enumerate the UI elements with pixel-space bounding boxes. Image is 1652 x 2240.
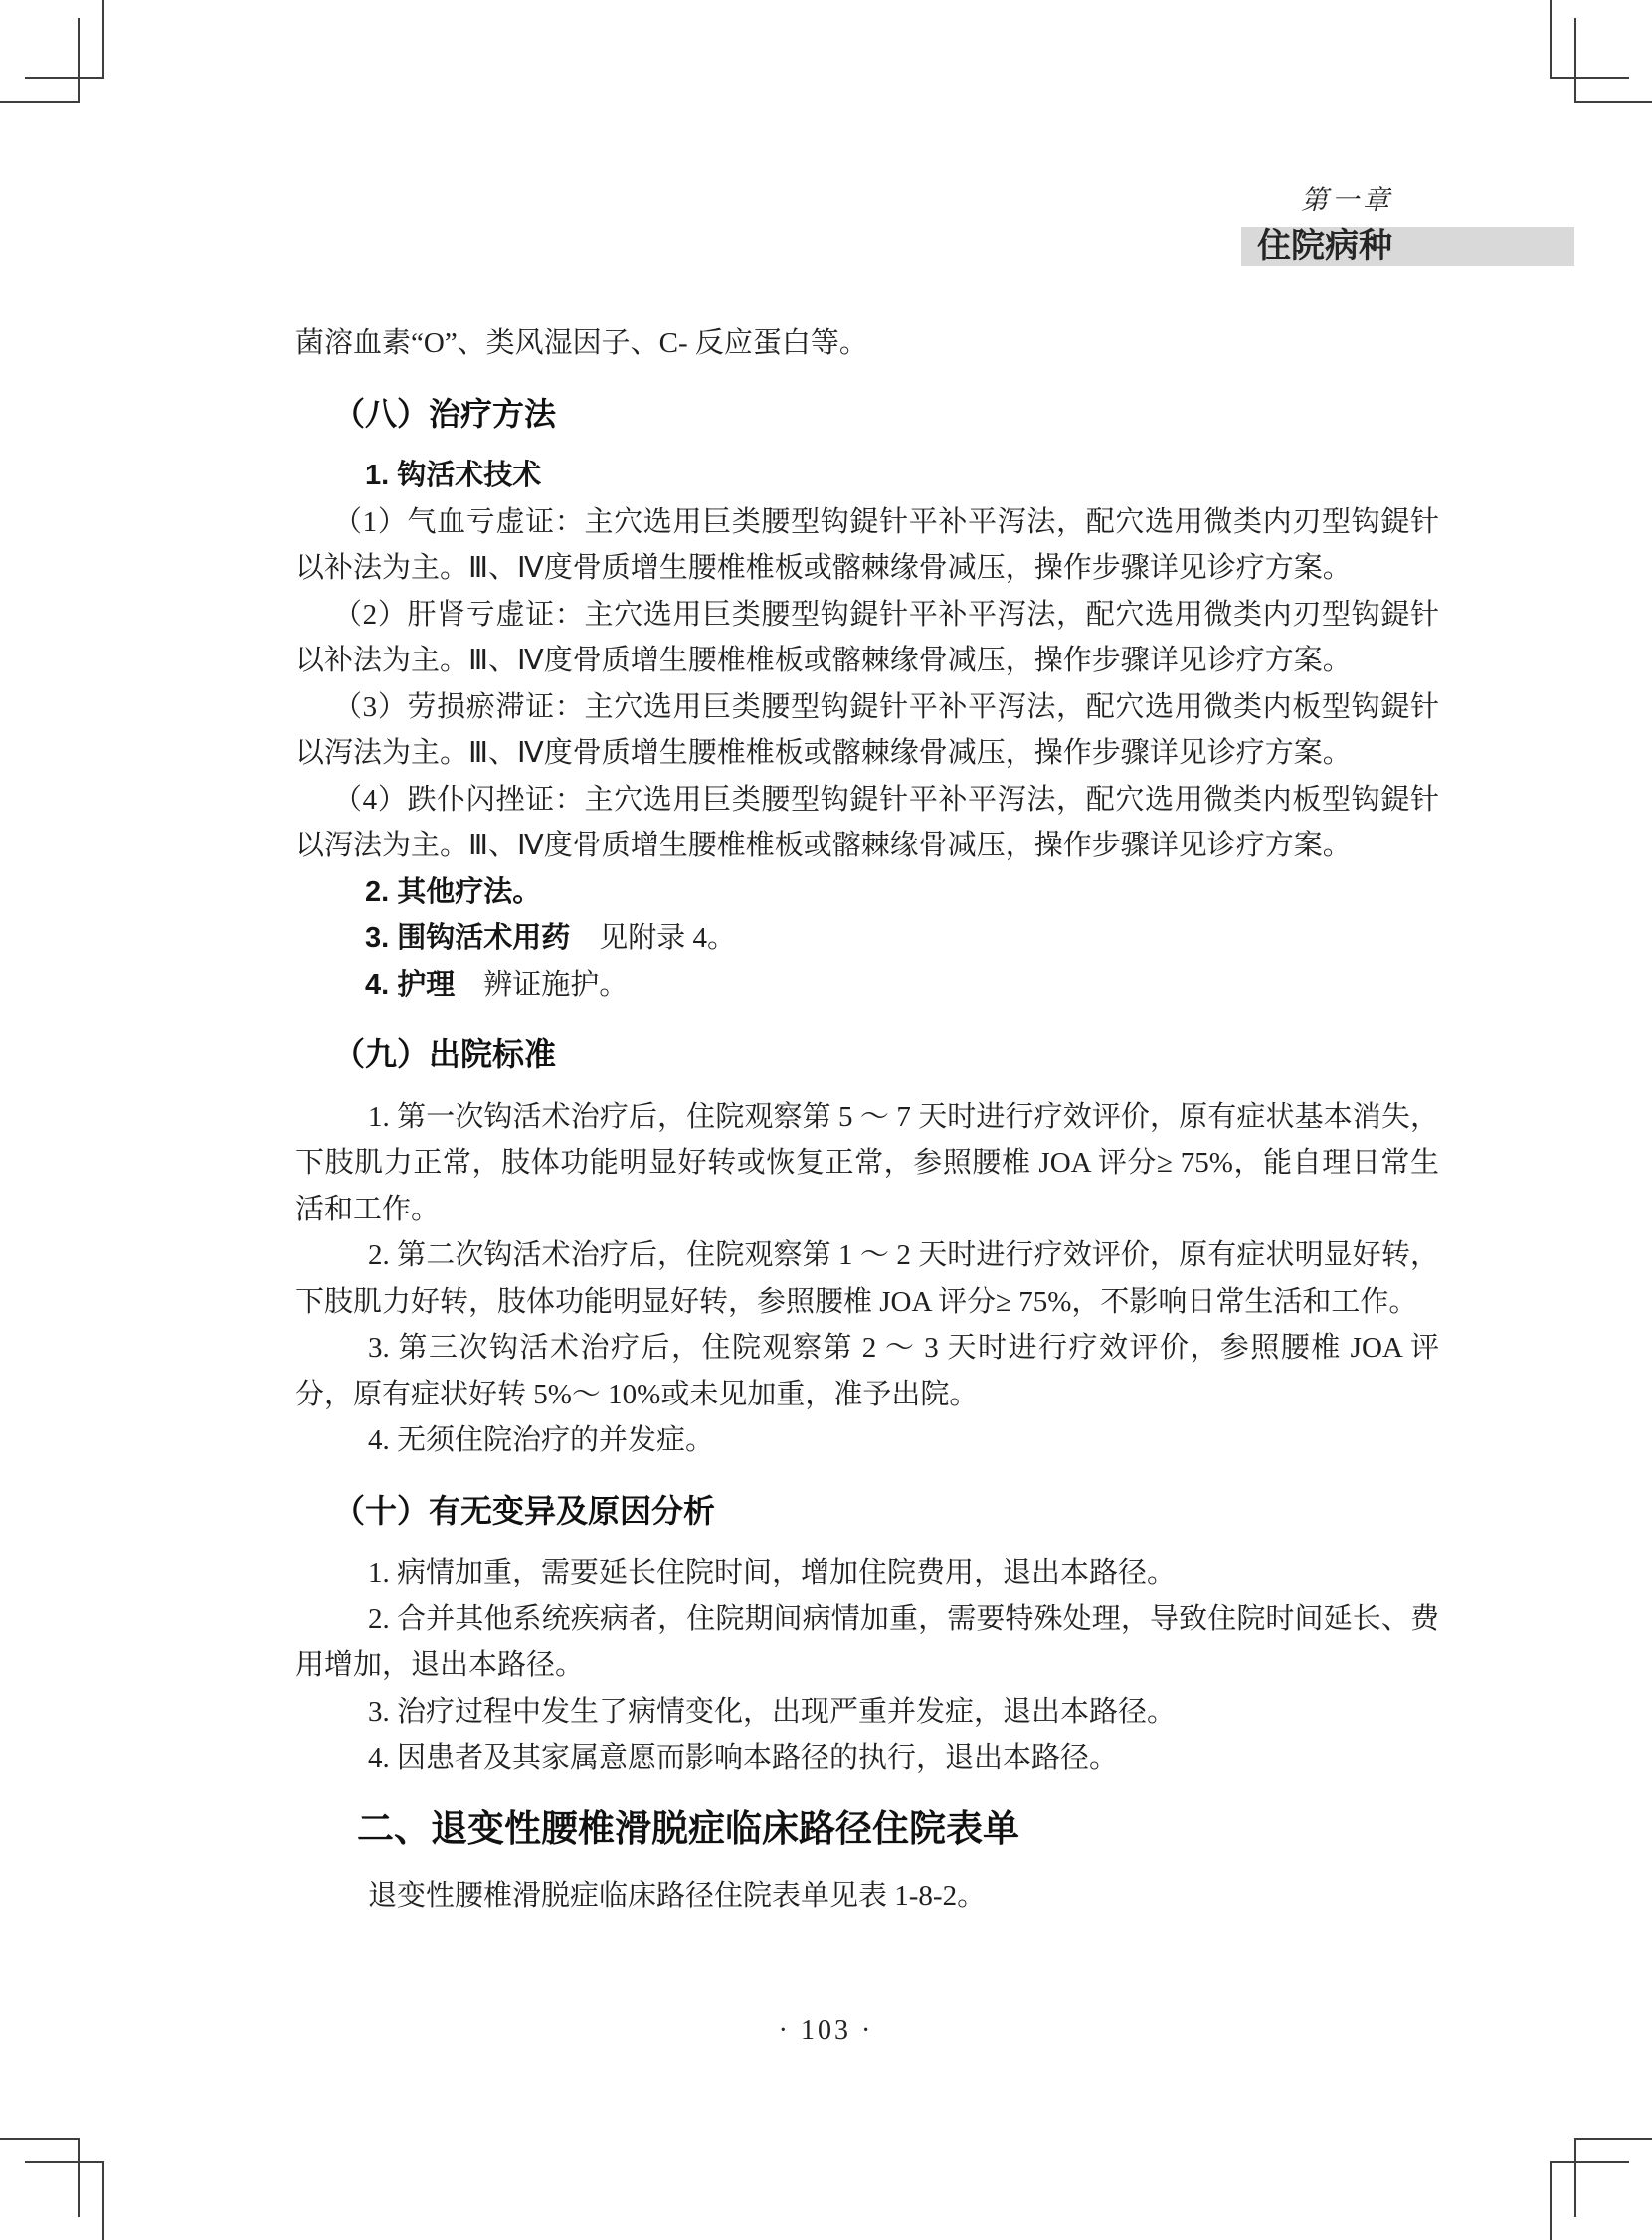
- crop-mark-top-left-inner: [0, 18, 80, 103]
- discharge-item: 4. 无须住院治疗的并发症。: [295, 1417, 1439, 1464]
- section-header-text: 住院病种: [1241, 227, 1392, 266]
- treatment-item-3-label: 3. 围钩活术用药: [365, 922, 570, 954]
- syndrome-paragraph: （3）劳损瘀滞证：主穴选用巨类腰型钩鍉针平补平泻法，配穴选用微类内板型钩鍉针以泻…: [295, 684, 1439, 777]
- variation-item: 4. 因患者及其家属意愿而影响本路径的执行，退出本路径。: [295, 1735, 1439, 1781]
- treatment-item-4: 4. 护理 辨证施护。: [295, 962, 1439, 1009]
- treatment-item-3-text: 见附录 4。: [570, 922, 736, 954]
- sec9-heading: （九）出院标准: [295, 1031, 1439, 1078]
- discharge-item: 2. 第二次钩活术治疗后，住院观察第 1 ～ 2 天时进行疗效评价，原有症状明显…: [295, 1232, 1439, 1325]
- variation-item: 1. 病情加重，需要延长住院时间，增加住院费用，退出本路径。: [295, 1550, 1439, 1596]
- variation-item: 3. 治疗过程中发生了病情变化，出现严重并发症，退出本路径。: [295, 1689, 1439, 1736]
- treatment-item-2: 2. 其他疗法。: [295, 869, 1439, 916]
- treatment-item-4-text: 辨证施护。: [455, 969, 628, 1001]
- variation-item: 2. 合并其他系统疾病者，住院期间病情加重，需要特殊处理，导致住院时间延长、费用…: [295, 1596, 1439, 1689]
- page-number: · 103 ·: [0, 2015, 1652, 2047]
- section-header-bar: 住院病种: [1241, 227, 1574, 266]
- discharge-item: 3. 第三次钩活术治疗后，住院观察第 2 ～ 3 天时进行疗效评价，参照腰椎 J…: [295, 1325, 1439, 1417]
- treatment-item-3: 3. 围钩活术用药 见附录 4。: [295, 915, 1439, 962]
- closing-paragraph: 退变性腰椎滑脱症临床路径住院表单见表 1-8-2。: [295, 1873, 1439, 1920]
- discharge-item: 1. 第一次钩活术治疗后，住院观察第 5 ～ 7 天时进行疗效评价，原有症状基本…: [295, 1094, 1439, 1233]
- sec8-heading: （八）治疗方法: [295, 391, 1439, 438]
- sec10-heading: （十）有无变异及原因分析: [295, 1488, 1439, 1535]
- syndrome-paragraph: （1）气血亏虚证：主穴选用巨类腰型钩鍉针平补平泻法，配穴选用微类内刃型钩鍉针以补…: [295, 499, 1439, 592]
- treatment-item-4-label: 4. 护理: [365, 969, 455, 1001]
- sec2-heading: 二、退变性腰椎滑脱症临床路径住院表单: [295, 1803, 1439, 1855]
- syndrome-paragraph: （4）跌仆闪挫证：主穴选用巨类腰型钩鍉针平补平泻法，配穴选用微类内板型钩鍉针以泻…: [295, 777, 1439, 869]
- chapter-label: 第一章: [1301, 185, 1393, 215]
- crop-mark-bottom-right-inner: [1550, 2161, 1629, 2240]
- treatment-item-1: 1. 钩活术技术: [295, 453, 1439, 499]
- crop-mark-bottom-left-inner: [25, 2161, 104, 2240]
- syndrome-paragraph: （2）肝肾亏虚证：主穴选用巨类腰型钩鍉针平补平泻法，配穴选用微类内刃型钩鍉针以补…: [295, 592, 1439, 684]
- paragraph-intro: 菌溶血素“O”、类风湿因子、C- 反应蛋白等。: [295, 320, 1439, 367]
- crop-mark-top-right-inner: [1574, 18, 1652, 103]
- page: 第一章 住院病种 菌溶血素“O”、类风湿因子、C- 反应蛋白等。 （八）治疗方法…: [0, 0, 1652, 2240]
- page-content: 菌溶血素“O”、类风湿因子、C- 反应蛋白等。 （八）治疗方法 1. 钩活术技术…: [295, 320, 1439, 1919]
